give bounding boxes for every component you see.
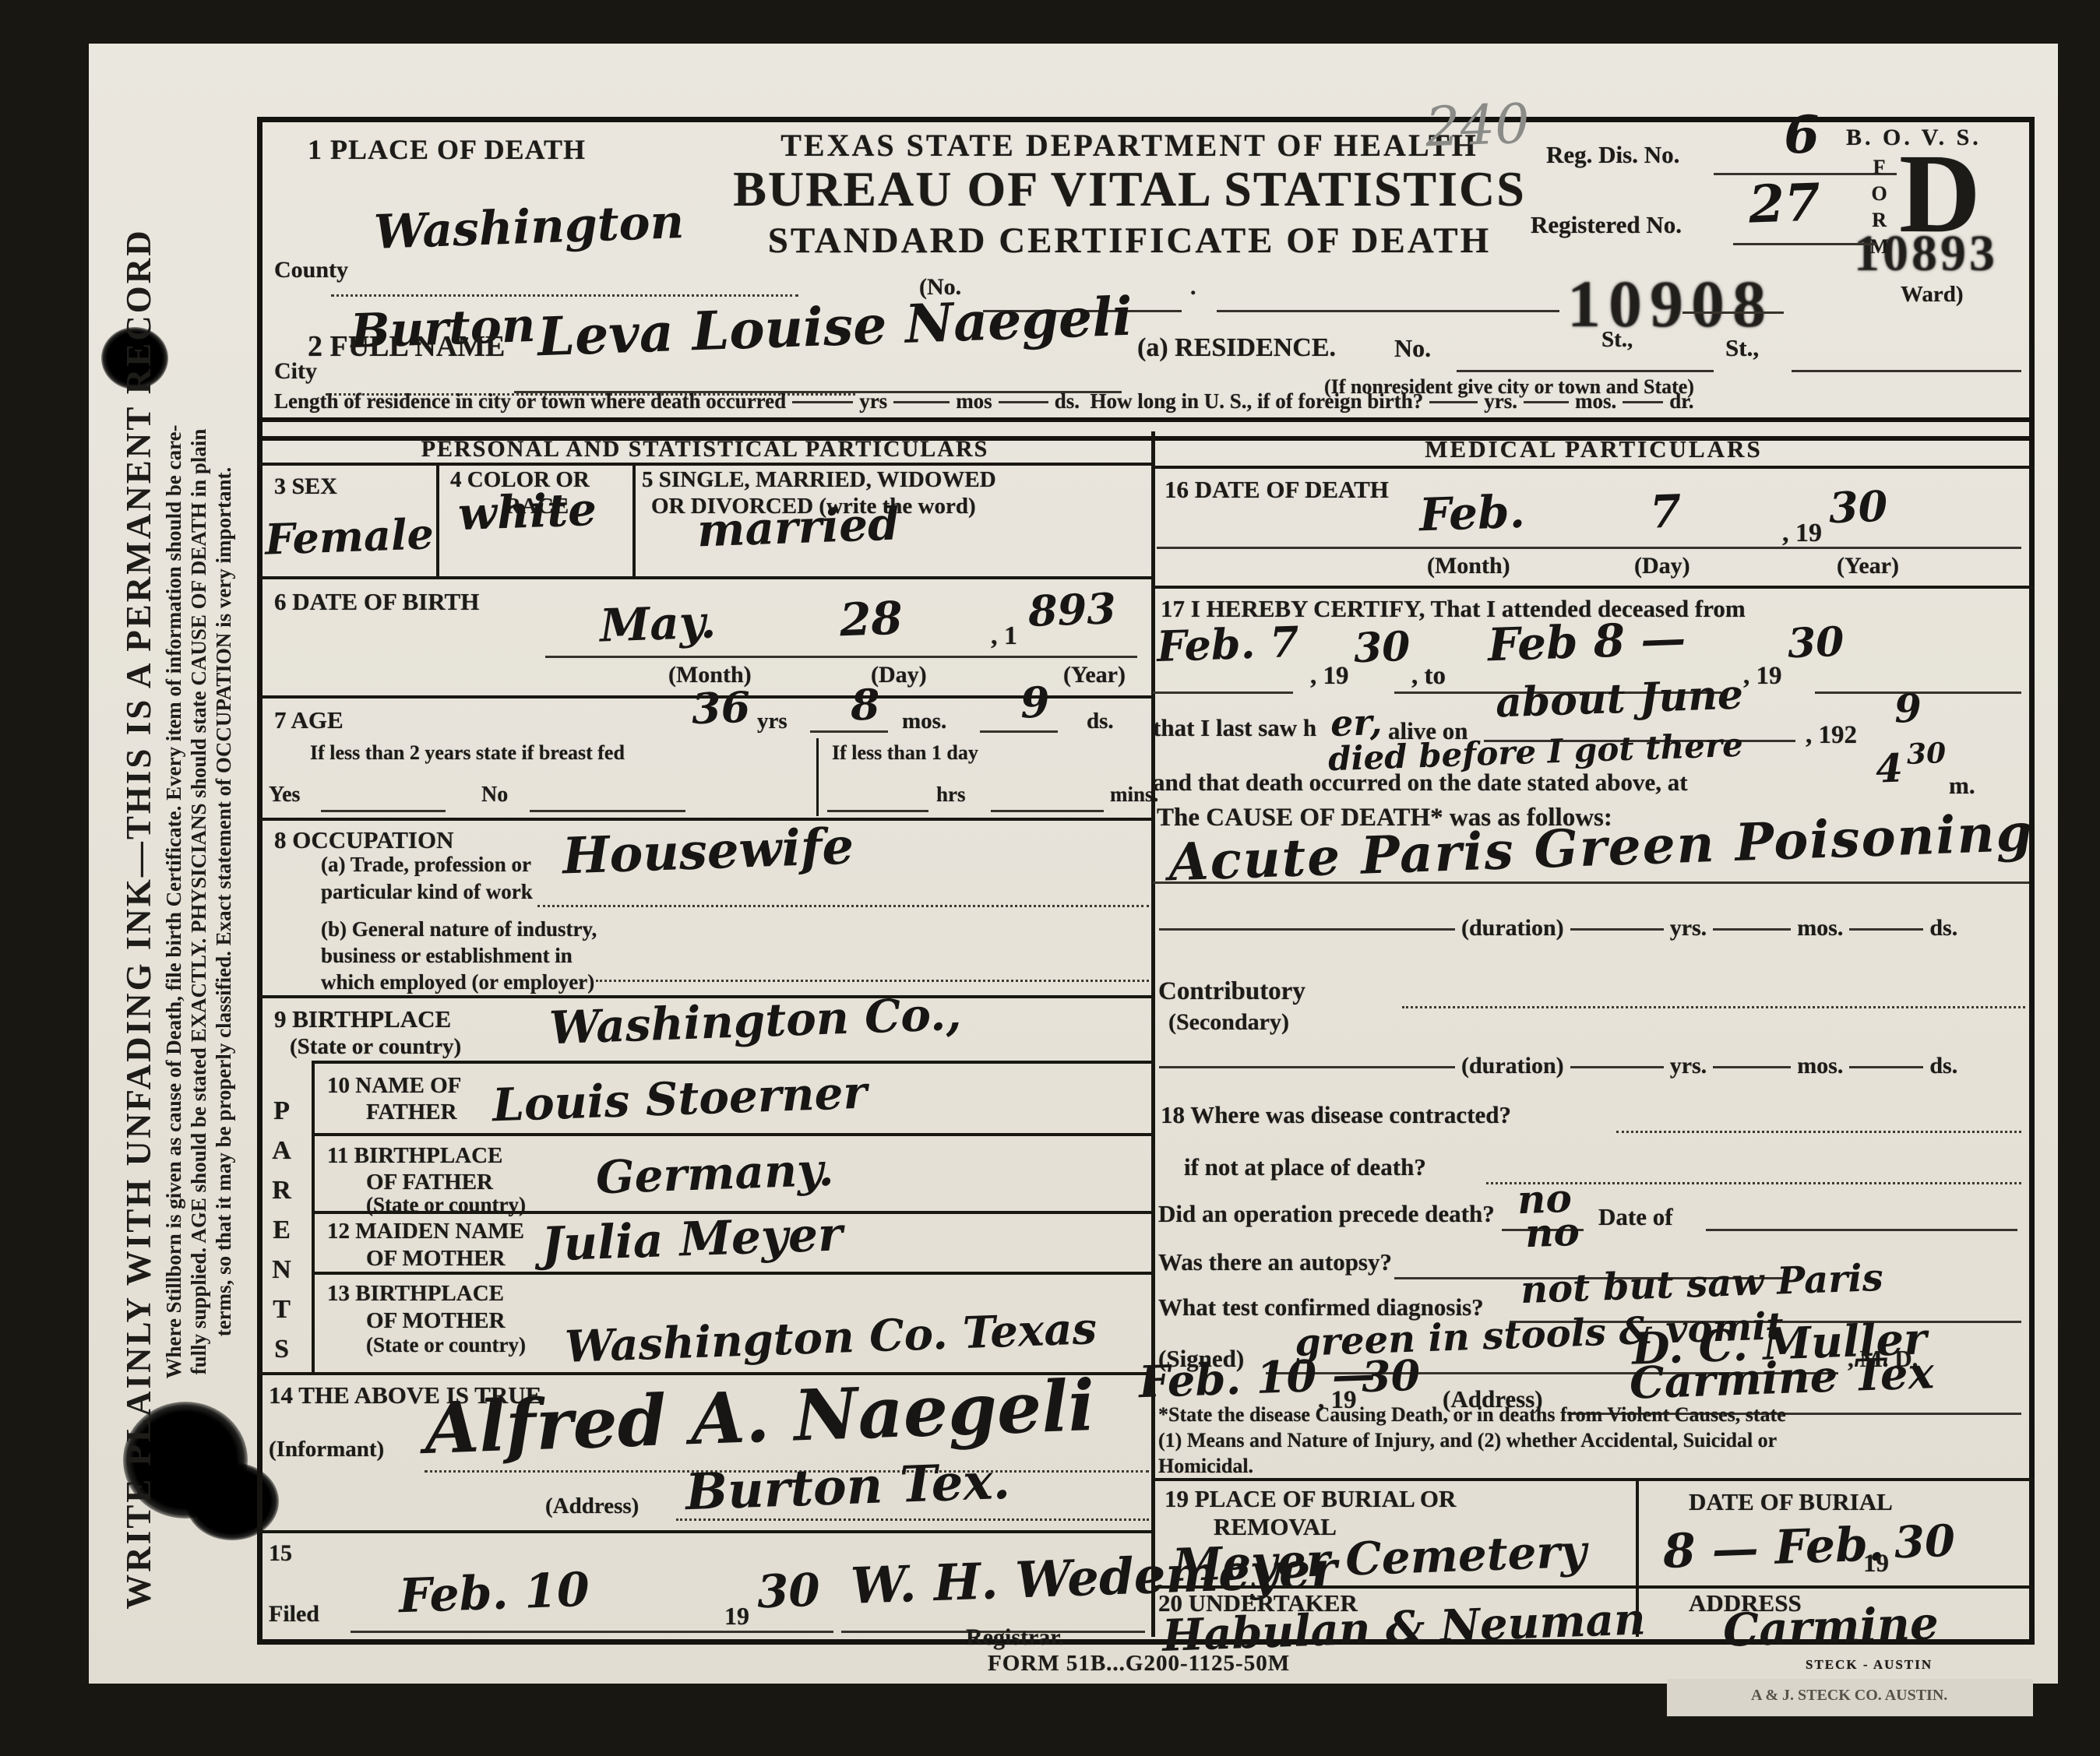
rule <box>1153 586 2035 589</box>
place-of-death-label: 1 PLACE OF DEATH <box>308 134 586 165</box>
birthplace-sub-label: (State or country) <box>290 1034 461 1059</box>
alive-year-printed: , 192 <box>1806 721 1857 750</box>
residence-st-label: St., <box>1725 335 1759 362</box>
operation-question: Did an operation precede death? <box>1158 1201 1495 1228</box>
year-caption: (Year) <box>1063 662 1126 688</box>
cell-divider <box>816 738 819 816</box>
blank-line <box>596 980 1149 982</box>
occupation-b-label: (b) General nature of industry, <box>321 917 597 941</box>
burial-year-printed: 19 <box>1863 1550 1889 1578</box>
registered-no-label: Registered No. <box>1531 212 1682 239</box>
ds-unit: ds. <box>1929 915 1957 941</box>
age-months-value: 8 <box>850 683 880 726</box>
occupation-value: Housewife <box>562 822 854 882</box>
dob-year-printed: , 1 <box>991 621 1017 651</box>
medical-section-title: MEDICAL PARTICULARS <box>1155 436 2032 463</box>
burial-date-value: 8 — Feb. <box>1662 1521 1885 1575</box>
informant-label: (Informant) <box>269 1437 384 1462</box>
blank-line <box>1157 547 2021 549</box>
occupation-b-label2: business or establishment in <box>321 944 573 967</box>
st-label: St., <box>1601 327 1633 352</box>
blank-line <box>1153 882 2029 884</box>
not-at-place-question: if not at place of death? <box>1184 1154 1426 1181</box>
no-label: No <box>481 783 508 807</box>
certificate-stamp-number: 10908 <box>1567 265 1774 343</box>
date-of-label: Date of <box>1598 1204 1673 1231</box>
death-year-value: 30 <box>1828 485 1888 530</box>
secondary-label: (Secondary) <box>1168 1009 1289 1036</box>
length-of-residence-row: Length of residence in city or town wher… <box>274 389 1694 413</box>
alive-year-value: 9 <box>1894 688 1922 728</box>
printer-mark: STECK - AUSTIN <box>1806 1657 1933 1672</box>
full-name-label: 2 FULL NAME <box>308 330 505 364</box>
duration-row-2: (duration)yrs.mos.ds. <box>1153 1053 1957 1079</box>
form-number: 10893 <box>1854 224 1998 283</box>
blank-line <box>545 656 1137 658</box>
rule <box>259 1530 1151 1533</box>
father-birthplace-label2: OF FATHER <box>366 1170 493 1195</box>
dob-month-value: May. <box>599 599 717 648</box>
comma-dot: . <box>1190 274 1196 301</box>
to-label: , to <box>1411 662 1446 691</box>
parents-vertical-label: PARENTS <box>266 1096 296 1353</box>
blank-line <box>1733 243 1877 245</box>
death-time-minutes: 30 <box>1906 739 1946 769</box>
father-name-value: Louis Stoerner <box>492 1070 868 1128</box>
ds-unit: ds. <box>1087 709 1114 734</box>
margin-instruction-headline: WRITE PLAINLY WITH UNFADING INK—THIS IS … <box>118 218 162 1620</box>
column-divider <box>1151 431 1155 1637</box>
date-of-death-label: 16 DATE OF DEATH <box>1165 477 1389 504</box>
occupation-a-label: (a) Trade, profession or <box>321 853 531 876</box>
breastfed-note: If less than 2 years state if breast fed <box>310 741 625 764</box>
mos-unit: mos <box>956 389 992 413</box>
mother-birthplace-label: 13 BIRTHPLACE <box>327 1281 504 1306</box>
death-month-value: Feb. <box>1418 489 1526 538</box>
rule <box>1153 466 2035 469</box>
sex-value: Female <box>264 512 435 561</box>
blank-line <box>530 810 685 812</box>
dob-year-value: 893 <box>1027 587 1117 632</box>
informant-address-label: (Address) <box>545 1494 639 1518</box>
father-name-label: 10 NAME OF <box>327 1073 461 1098</box>
reg-dis-label: Reg. Dis. No. <box>1546 142 1679 169</box>
blank-line <box>1706 1229 2017 1231</box>
yrs-unit: yrs. <box>1670 915 1707 941</box>
occupation-a-label2: particular kind of work <box>321 880 533 903</box>
blank-line <box>321 810 446 812</box>
form-code: FORM 51B...G200-1125-50M <box>988 1651 1290 1676</box>
mother-name-label2: OF MOTHER <box>366 1246 506 1271</box>
hrs-label: hrs <box>936 783 966 806</box>
duration-label: (duration) <box>1461 1053 1564 1079</box>
burial-year-value: 30 <box>1894 1519 1956 1565</box>
blank-line <box>980 730 1058 733</box>
mother-birthplace-label2: OF MOTHER <box>366 1308 506 1333</box>
marital-value: married <box>696 501 900 553</box>
blank-line <box>1153 691 1293 694</box>
father-name-label2: FATHER <box>366 1100 457 1124</box>
alive-on-value: about June <box>1495 674 1744 723</box>
yrs-unit: yrs. <box>1484 389 1517 413</box>
father-birthplace-label: 11 BIRTHPLACE <box>327 1143 502 1168</box>
cell-divider <box>436 463 439 576</box>
signed-year-value: 30 <box>1361 1354 1421 1399</box>
marital-label: 5 SINGLE, MARRIED, WIDOWED <box>642 467 996 492</box>
blank-line <box>1616 1131 2021 1133</box>
informant-address-value: Burton Tex. <box>685 1457 1011 1518</box>
father-birthplace-value: Germany. <box>595 1147 834 1201</box>
length-label: Length of residence in city or town wher… <box>274 389 786 413</box>
month-caption: (Month) <box>1427 553 1510 579</box>
mos-unit: mos. <box>1797 1053 1843 1079</box>
residence-label: (a) RESIDENCE. <box>1137 333 1336 363</box>
dob-label: 6 DATE OF BIRTH <box>274 589 479 616</box>
yrs-unit: yrs <box>757 709 787 734</box>
registrar-label: Registrar. <box>966 1624 1064 1651</box>
dob-day-value: 28 <box>839 596 904 643</box>
mother-birthplace-label3: (State or country) <box>366 1333 526 1357</box>
bureau-title: BUREAU OF VITAL STATISTICS <box>724 161 1534 217</box>
filed-label: Filed <box>269 1601 319 1628</box>
age-label: 7 AGE <box>274 707 344 734</box>
day-caption: (Day) <box>1634 553 1690 579</box>
burial-place-value: Meyer Cemetery <box>1172 1529 1587 1589</box>
death-year-printed: , 19 <box>1782 519 1822 548</box>
personal-section-title: PERSONAL AND STATISTICAL PARTICULARS <box>259 436 1151 463</box>
ds-unit: ds. <box>1929 1053 1957 1079</box>
to-year-value: 30 <box>1787 622 1845 664</box>
scan-edge-right <box>2058 0 2100 1756</box>
race-value: white <box>457 487 597 537</box>
ward-label: Ward) <box>1901 282 1964 307</box>
scanned-death-certificate: WRITE PLAINLY WITH UNFADING INK—THIS IS … <box>0 0 2100 1756</box>
rule <box>312 1061 1151 1064</box>
age-days-value: 9 <box>1020 681 1050 723</box>
rule <box>259 576 1151 579</box>
from-year-printed: , 19 <box>1310 662 1349 691</box>
informant-signature: Alfred A. Naegeli <box>424 1371 1096 1464</box>
less-than-day-note: If less than 1 day <box>832 741 978 764</box>
burial-place-label: 19 PLACE OF BURIAL OR <box>1165 1486 1456 1513</box>
attended-from-value: Feb. 7 <box>1156 621 1299 667</box>
yrs-unit: yrs <box>859 389 887 413</box>
filed-date-value: Feb. 10 <box>398 1567 590 1621</box>
birthplace-value: Washington Co., <box>548 991 962 1050</box>
age-years-value: 36 <box>691 686 751 730</box>
blank-line <box>676 1518 1149 1521</box>
blank-line <box>1217 310 1559 312</box>
department-title: TEXAS STATE DEPARTMENT OF HEALTH <box>779 128 1480 164</box>
registered-no-value: 27 <box>1748 176 1821 230</box>
blank-line <box>537 905 1149 907</box>
rule <box>312 1133 1151 1136</box>
last-saw-printed: that I last saw h <box>1153 715 1316 742</box>
time-suffix: m. <box>1949 772 1975 800</box>
rule <box>259 818 1151 821</box>
blank-line <box>331 294 798 297</box>
duration-label: (duration) <box>1461 915 1564 941</box>
yes-label: Yes <box>269 783 300 807</box>
printer-mark-2: A & J. STECK CO. AUSTIN. <box>1751 1687 1947 1704</box>
how-long-label: How long in U. S., if of foreign birth? <box>1090 389 1423 413</box>
death-day-value: 7 <box>1649 488 1682 534</box>
sex-label: 3 SEX <box>274 473 337 500</box>
cell-divider <box>632 463 636 576</box>
county-value: Washington <box>373 199 685 256</box>
footnote-line2: (1) Means and Nature of Injury, and (2) … <box>1158 1429 1777 1452</box>
footnote-line3: Homicidal. <box>1158 1455 1253 1477</box>
mother-name-label: 12 MAIDEN NAME <box>327 1219 524 1244</box>
to-year-printed: , 19 <box>1743 662 1782 691</box>
rule <box>259 463 1151 466</box>
blank-line <box>1402 1006 2025 1008</box>
yrs-unit: yrs. <box>1670 1053 1707 1079</box>
duration-row: (duration)yrs.mos.ds. <box>1153 915 1957 941</box>
mins-label: mins. <box>1110 783 1158 806</box>
item-15-label: 15 <box>269 1540 292 1567</box>
scan-edge-left <box>0 0 89 1756</box>
birthplace-label: 9 BIRTHPLACE <box>274 1006 451 1033</box>
last-saw-her-hw: er, <box>1330 704 1383 741</box>
county-label: County <box>274 257 348 283</box>
margin-instruction-line: terms, so that it may be properly classi… <box>212 294 243 1509</box>
filed-year-value: 30 <box>756 1568 821 1615</box>
burial-date-label: DATE OF BURIAL <box>1689 1489 1893 1516</box>
from-year-value: 30 <box>1353 627 1411 669</box>
blank-line <box>351 1631 833 1633</box>
rule <box>1153 1478 2035 1481</box>
reg-dis-value: 6 <box>1783 108 1820 161</box>
mos-unit: mos. <box>1575 389 1616 413</box>
autopsy-question: Was there an autopsy? <box>1158 1249 1392 1276</box>
occupation-b-label3: which employed (or employer) <box>321 970 594 994</box>
death-time-hour: 4 <box>1875 748 1904 788</box>
attended-to-value: Feb 8 — <box>1487 616 1686 668</box>
blank-line <box>991 810 1104 812</box>
signed-address-value: Carmine Tex <box>1629 1351 1935 1406</box>
filed-year-printed: 19 <box>724 1603 749 1631</box>
blank-line <box>1792 370 2021 372</box>
contributory-label: Contributory <box>1158 977 1305 1006</box>
blank-line <box>810 730 888 733</box>
undertaker-address-value: Carmine <box>1722 1600 1940 1653</box>
dr-unit: dr. <box>1669 389 1693 413</box>
mos-unit: mos. <box>1797 915 1843 941</box>
mother-name-value: Julia Meyer <box>541 1211 843 1268</box>
certificate-title: STANDARD CERTIFICATE OF DEATH <box>724 220 1534 262</box>
occupation-label: 8 OCCUPATION <box>274 827 454 854</box>
blank-line <box>1682 311 1784 314</box>
scan-edge-top <box>0 0 2100 44</box>
rule <box>312 1272 1151 1275</box>
parents-bracket-line <box>312 1061 315 1372</box>
death-occurred-printed: and that death occurred on the date stat… <box>1153 769 1688 797</box>
mos-unit: mos. <box>902 709 946 734</box>
autopsy-answer: no <box>1524 1212 1580 1253</box>
disease-contracted-question: 18 Where was disease contracted? <box>1161 1102 1511 1129</box>
blank-line <box>827 810 928 812</box>
residence-no-label: No. <box>1394 335 1431 363</box>
footnote-line1: *State the disease Causing Death, or in … <box>1158 1403 1786 1426</box>
blank-line <box>1457 370 1714 372</box>
year-caption: (Year) <box>1837 553 1899 579</box>
pencil-number: 240 <box>1425 97 1531 155</box>
ds-unit: ds. <box>1055 389 1080 413</box>
